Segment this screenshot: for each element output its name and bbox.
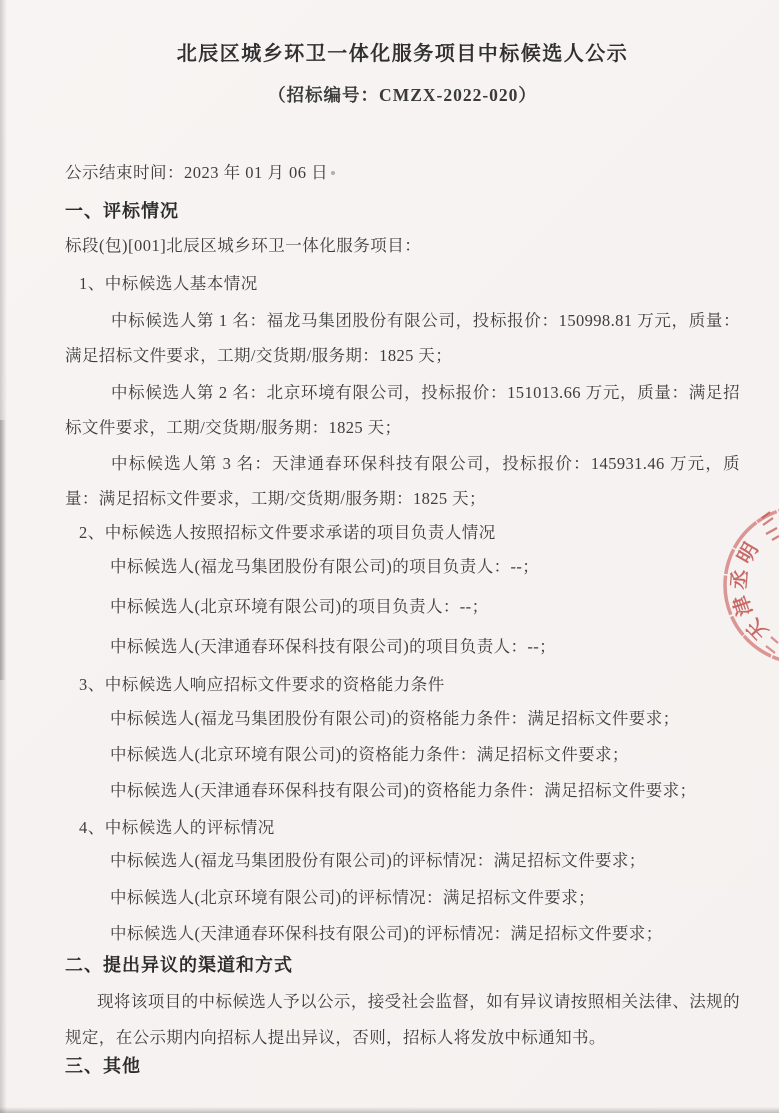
qualification-line: 中标候选人(北京环境有限公司)的资格能力条件：满足招标文件要求； [65, 741, 740, 769]
document-title: 北辰区城乡环卫一体化服务项目中标候选人公示 [65, 40, 740, 68]
scan-bottom-edge-shadow [0, 1107, 779, 1113]
item-3-heading: 3、中标候选人响应招标文件要求的资格能力条件 [65, 671, 740, 699]
project-manager-line: 中标候选人(天津通春环保科技有限公司)的项目负责人：--； [65, 633, 740, 661]
bid-number-line: （招标编号：CMZX-2022-020） [65, 82, 740, 108]
item-4-heading: 4、中标候选人的评标情况 [65, 814, 740, 842]
scan-left-edge-shadow [0, 0, 7, 1113]
section-2-heading: 二、提出异议的渠道和方式 [65, 950, 740, 980]
stamp-character: 津 [728, 592, 758, 620]
candidate-2-paragraph: 中标候选人第 2 名：北京环境有限公司，投标报价：151013.66 万元，质量… [65, 375, 740, 445]
evaluation-line: 中标候选人(天津通春环保科技有限公司)的评标情况：满足招标文件要求； [65, 920, 740, 948]
item-1-heading: 1、中标候选人基本情况 [65, 270, 740, 298]
qualification-line: 中标候选人(天津通春环保科技有限公司)的资格能力条件：满足招标文件要求； [65, 777, 740, 805]
official-seal-stamp: 天 津 丞 明 [650, 430, 779, 750]
scanned-document-page: 北辰区城乡环卫一体化服务项目中标候选人公示 （招标编号：CMZX-2022-02… [0, 0, 779, 1113]
stamp-partial-character-strokes-top [762, 512, 779, 540]
scan-left-edge-shadow-mid [0, 420, 6, 680]
stamp-partial-character-strokes-bottom [766, 637, 778, 653]
publicity-end-date: 公示结束时间：2023 年 01 月 06 日 [65, 160, 740, 186]
section-1-heading: 一、评标情况 [65, 196, 740, 226]
lot-line: 标段(包)[001]北辰区城乡环卫一体化服务项目： [65, 232, 740, 260]
stamp-character: 丞 [727, 568, 752, 590]
scan-speck-artifact [331, 171, 335, 175]
candidate-3-paragraph: 中标候选人第 3 名：天津通春环保科技有限公司，投标报价：145931.46 万… [65, 446, 740, 516]
evaluation-line: 中标候选人(福龙马集团股份有限公司)的评标情况：满足招标文件要求； [65, 847, 740, 875]
evaluation-line: 中标候选人(北京环境有限公司)的评标情况：满足招标文件要求； [65, 884, 740, 912]
section-3-heading: 三、其他 [65, 1051, 740, 1081]
candidate-1-paragraph: 中标候选人第 1 名：福龙马集团股份有限公司，投标报价：150998.81 万元… [65, 303, 740, 373]
qualification-line: 中标候选人(福龙马集团股份有限公司)的资格能力条件：满足招标文件要求； [65, 705, 740, 733]
project-manager-line: 中标候选人(北京环境有限公司)的项目负责人：--； [65, 593, 740, 621]
project-manager-line: 中标候选人(福龙马集团股份有限公司)的项目负责人：--； [65, 553, 740, 581]
item-2-heading: 2、中标候选人按照招标文件要求承诺的项目负责人情况 [65, 519, 740, 547]
section-2-body: 现将该项目的中标候选人予以公示，接受社会监督，如有异议请按照相关法律、法规的规定… [65, 984, 740, 1056]
